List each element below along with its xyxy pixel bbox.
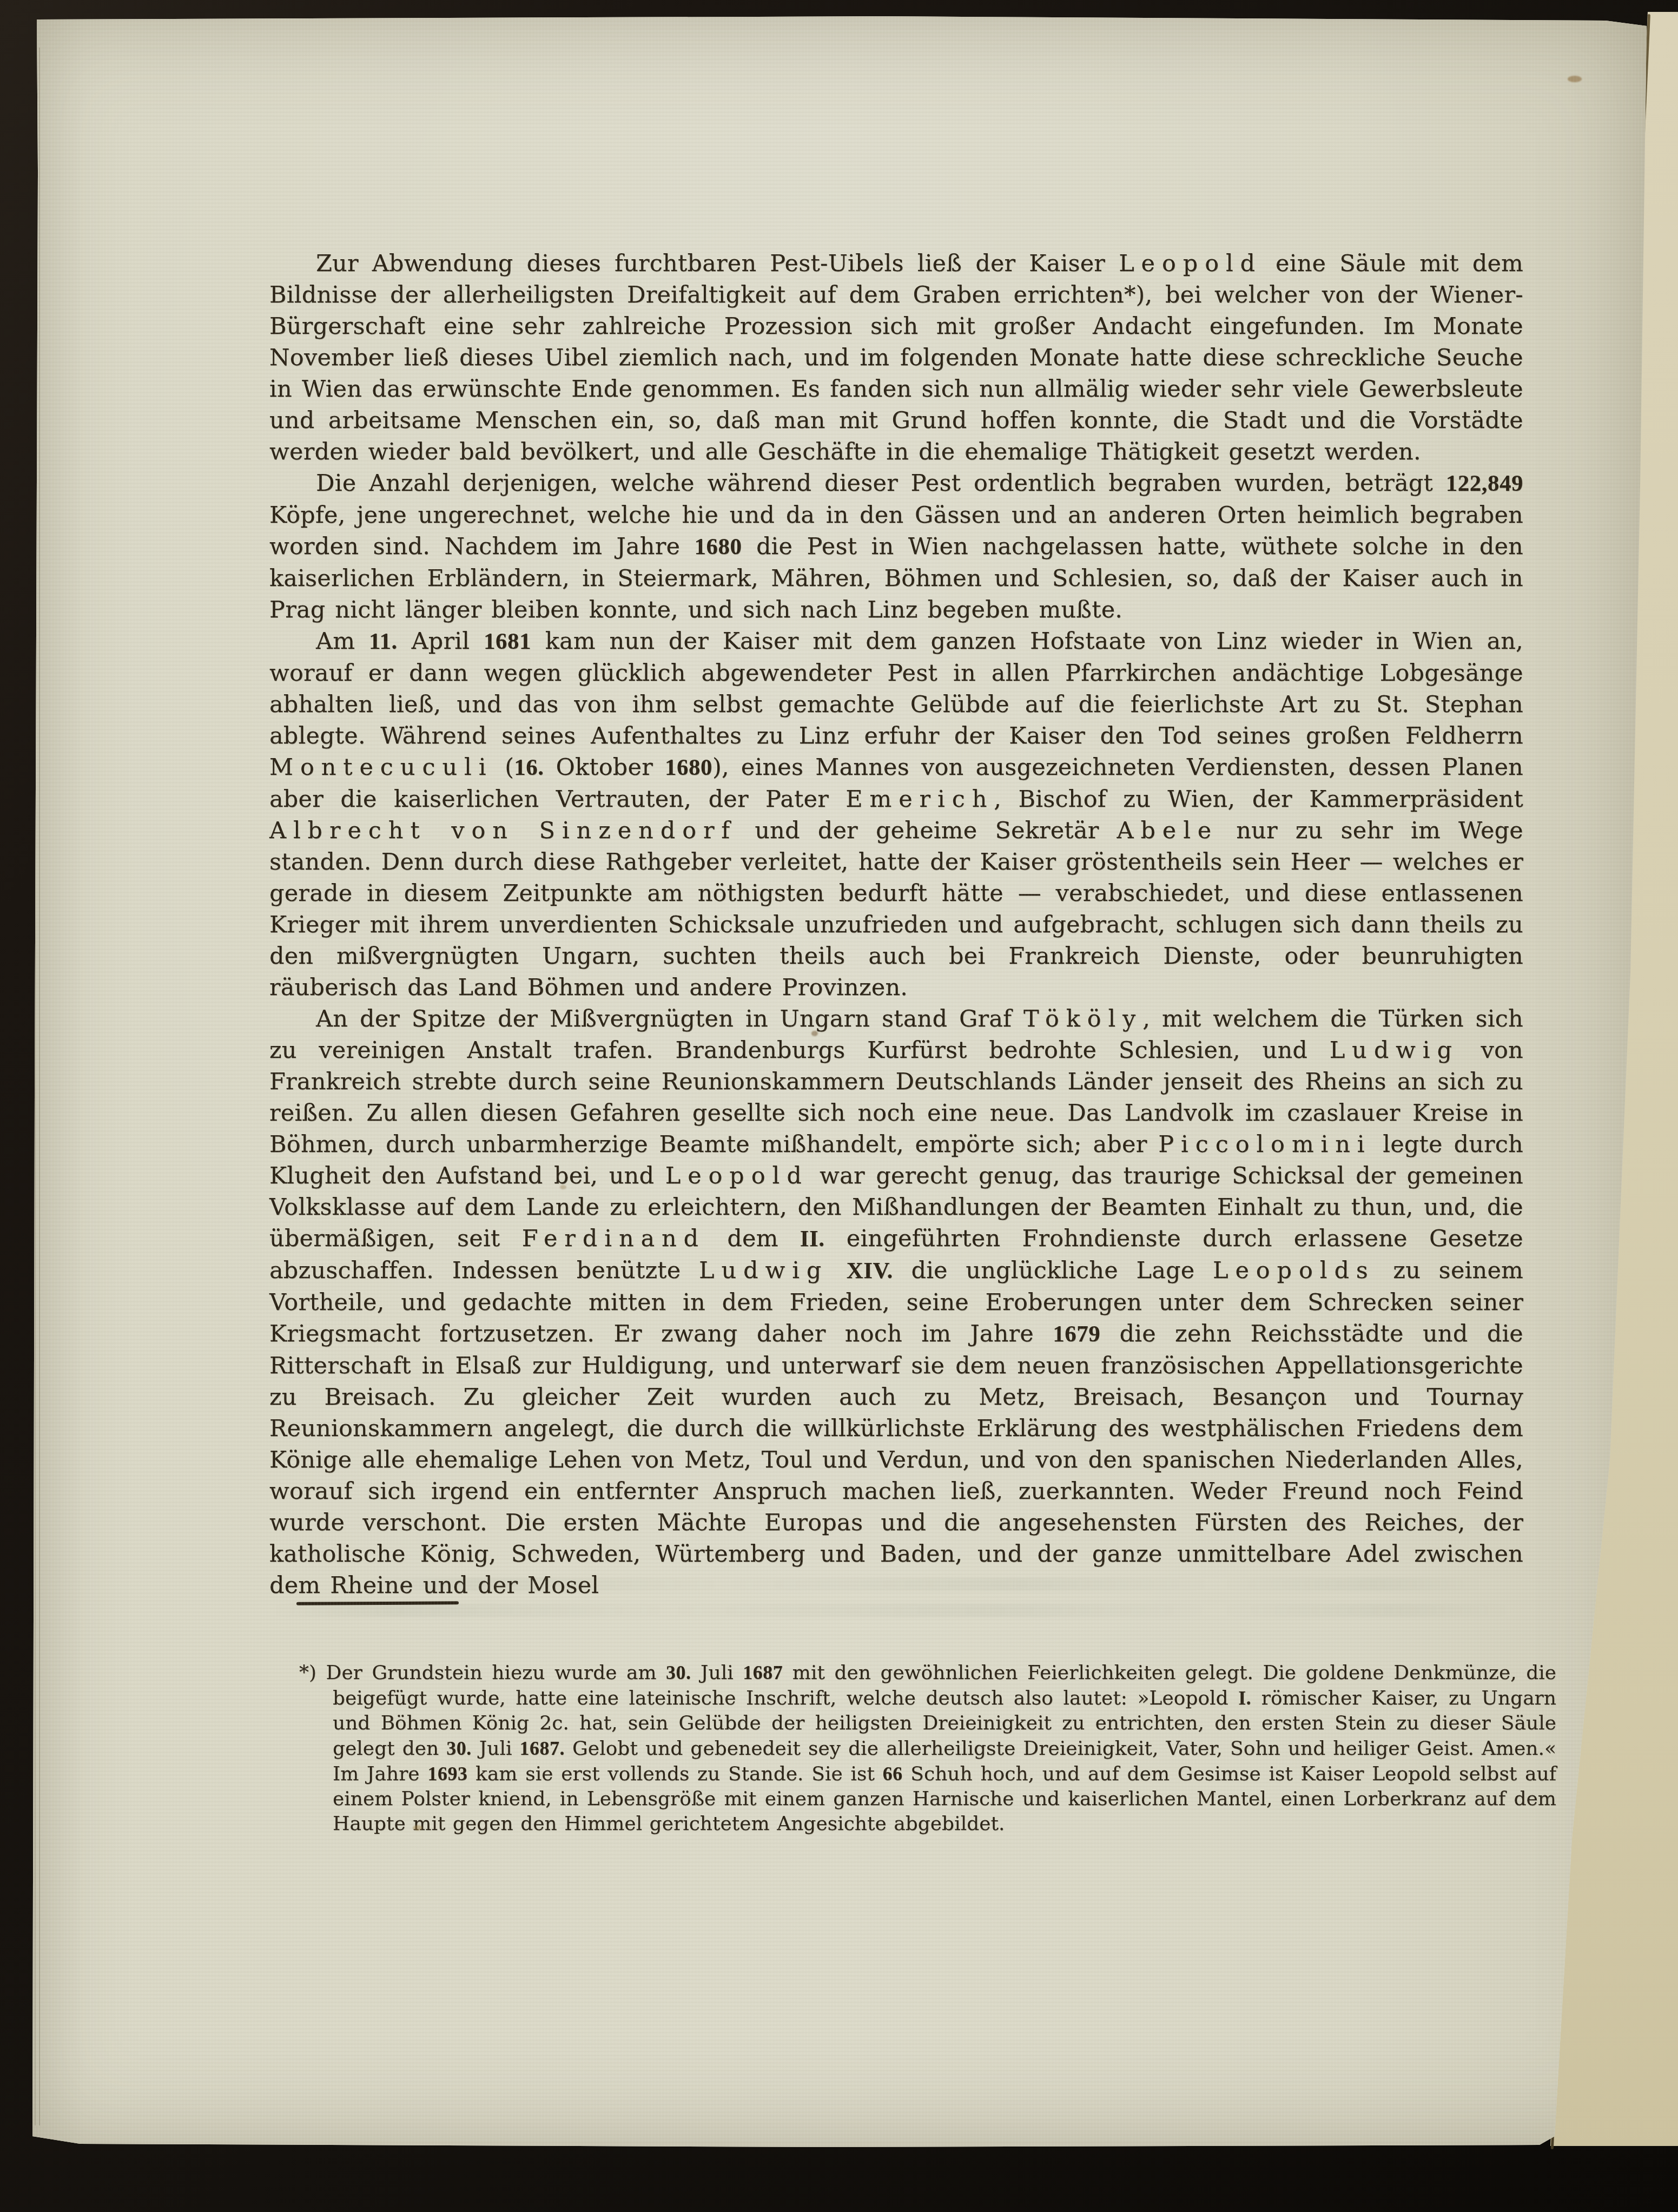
body-text: An der Spitze der Mißvergnügten in Ungar… [316, 1005, 1023, 1032]
paper-speck [1568, 76, 1582, 82]
body-text: ( [493, 754, 514, 781]
footnote-separator [296, 1601, 459, 1605]
body-text: die zehn Reichsstädte und die Ritterscha… [269, 1320, 1523, 1599]
antiqua-number: 1687. [520, 1737, 565, 1759]
letterspaced-name: Leopolds [1213, 1257, 1375, 1284]
letterspaced-name: Ferdinand [522, 1225, 705, 1252]
body-text: Zur Abwendung dieses furchtbaren Pest-Ui… [316, 250, 1119, 277]
letterspaced-name: Emerich [845, 786, 994, 813]
letterspaced-name: Leopold [665, 1162, 809, 1189]
body-text: eine Säule mit dem Bildnisse der allerhe… [269, 250, 1523, 465]
antiqua-number: 30. [666, 1662, 691, 1683]
paragraph-2: Die Anzahl derjenigen, welche während di… [269, 468, 1523, 626]
body-text: Die Anzahl derjenigen, welche während di… [316, 470, 1446, 497]
antiqua-number: 1680 [665, 755, 712, 780]
letterspaced-name: Tököly [1023, 1005, 1142, 1032]
letterspaced-name: Leopold [1119, 250, 1262, 277]
antiqua-number: 1681 [484, 629, 531, 654]
body-text: und der geheime Sekretär [737, 817, 1117, 844]
antiqua-number: 30. [446, 1737, 472, 1759]
paragraph-1: Zur Abwendung dieses furchtbaren Pest-Ui… [269, 248, 1523, 468]
footnote: *) Der Grundstein hiezu wurde am 30. Jul… [299, 1660, 1556, 1836]
antiqua-number: I. [1238, 1687, 1251, 1709]
antiqua-number: 122,849 [1446, 471, 1523, 496]
scan-background: Zur Abwendung dieses furchtbaren Pest-Ui… [0, 0, 1678, 2212]
body-text: *) Der Grundstein hiezu wurde am [299, 1662, 666, 1684]
paragraph-3: Am 11. April 1681 kam nun der Kaiser mit… [269, 626, 1523, 1003]
body-text: dem [705, 1225, 800, 1252]
body-text: Juli [472, 1737, 520, 1760]
body-text: nur zu sehr im Wege standen. Denn durch … [269, 817, 1523, 1001]
letterspaced-name: Ludwig [699, 1257, 828, 1284]
body-text: kam sie erst vollends zu Stande. Sie ist [467, 1763, 882, 1785]
antiqua-number: 1679 [1053, 1321, 1100, 1347]
letterspaced-name: Montecuculi [269, 754, 493, 781]
antiqua-number: 1693 [427, 1763, 467, 1785]
body-text: , Bischof zu Wien, der Kammerpräsident [994, 786, 1523, 813]
text-column: Zur Abwendung dieses furchtbaren Pest-Ui… [269, 248, 1523, 1601]
antiqua-number: 1687 [743, 1662, 783, 1683]
antiqua-number: 11. [369, 629, 398, 654]
antiqua-number: 16. [514, 755, 544, 780]
body-text [828, 1257, 847, 1284]
letterspaced-name: Ludwig [1330, 1037, 1459, 1064]
body-text: Am [316, 628, 369, 655]
letterspaced-name: Abele [1117, 817, 1218, 844]
antiqua-number: 66 [883, 1763, 903, 1785]
paragraph-4: An der Spitze der Mißvergnügten in Ungar… [269, 1003, 1523, 1601]
antiqua-number: 1680 [694, 534, 742, 559]
letterspaced-name: Piccolomini [1158, 1131, 1371, 1158]
body-text: April [398, 628, 484, 655]
body-text: Juli [691, 1662, 743, 1684]
page-edge-stack [22, 48, 40, 2125]
body-text: Oktober [544, 754, 665, 781]
antiqua-number: II. [800, 1226, 825, 1252]
antiqua-number: XIV. [847, 1258, 893, 1283]
body-text: die unglückliche Lage [893, 1257, 1213, 1284]
showthrough-ghost-text [269, 1604, 1514, 1617]
book-page: Zur Abwendung dieses furchtbaren Pest-Ui… [15, 10, 1650, 2155]
letterspaced-name: Albrecht von Sinzendorf [269, 817, 737, 844]
